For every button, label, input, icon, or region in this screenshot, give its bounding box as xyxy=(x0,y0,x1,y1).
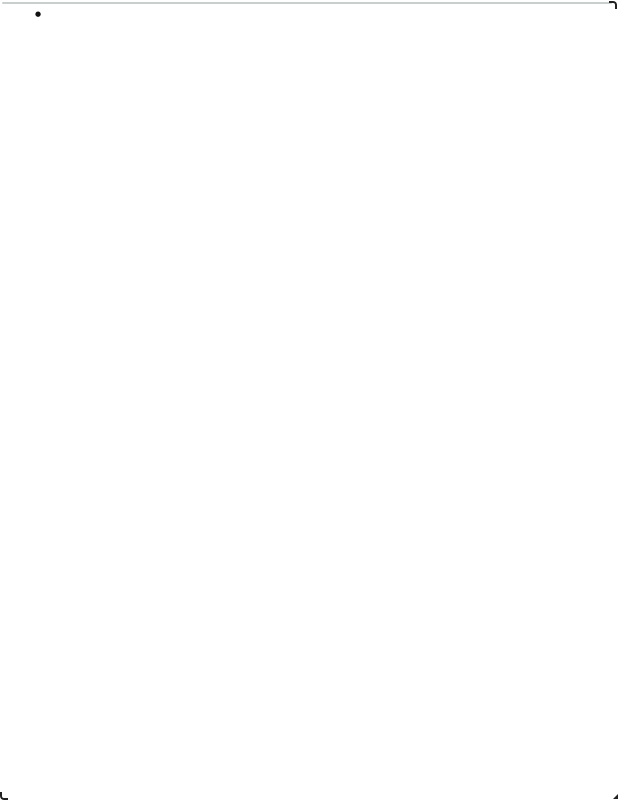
page-corner xyxy=(613,794,618,799)
page-top-border xyxy=(2,2,612,4)
page-corner xyxy=(609,1,617,9)
page-corner xyxy=(0,792,8,800)
document-page xyxy=(0,0,619,800)
